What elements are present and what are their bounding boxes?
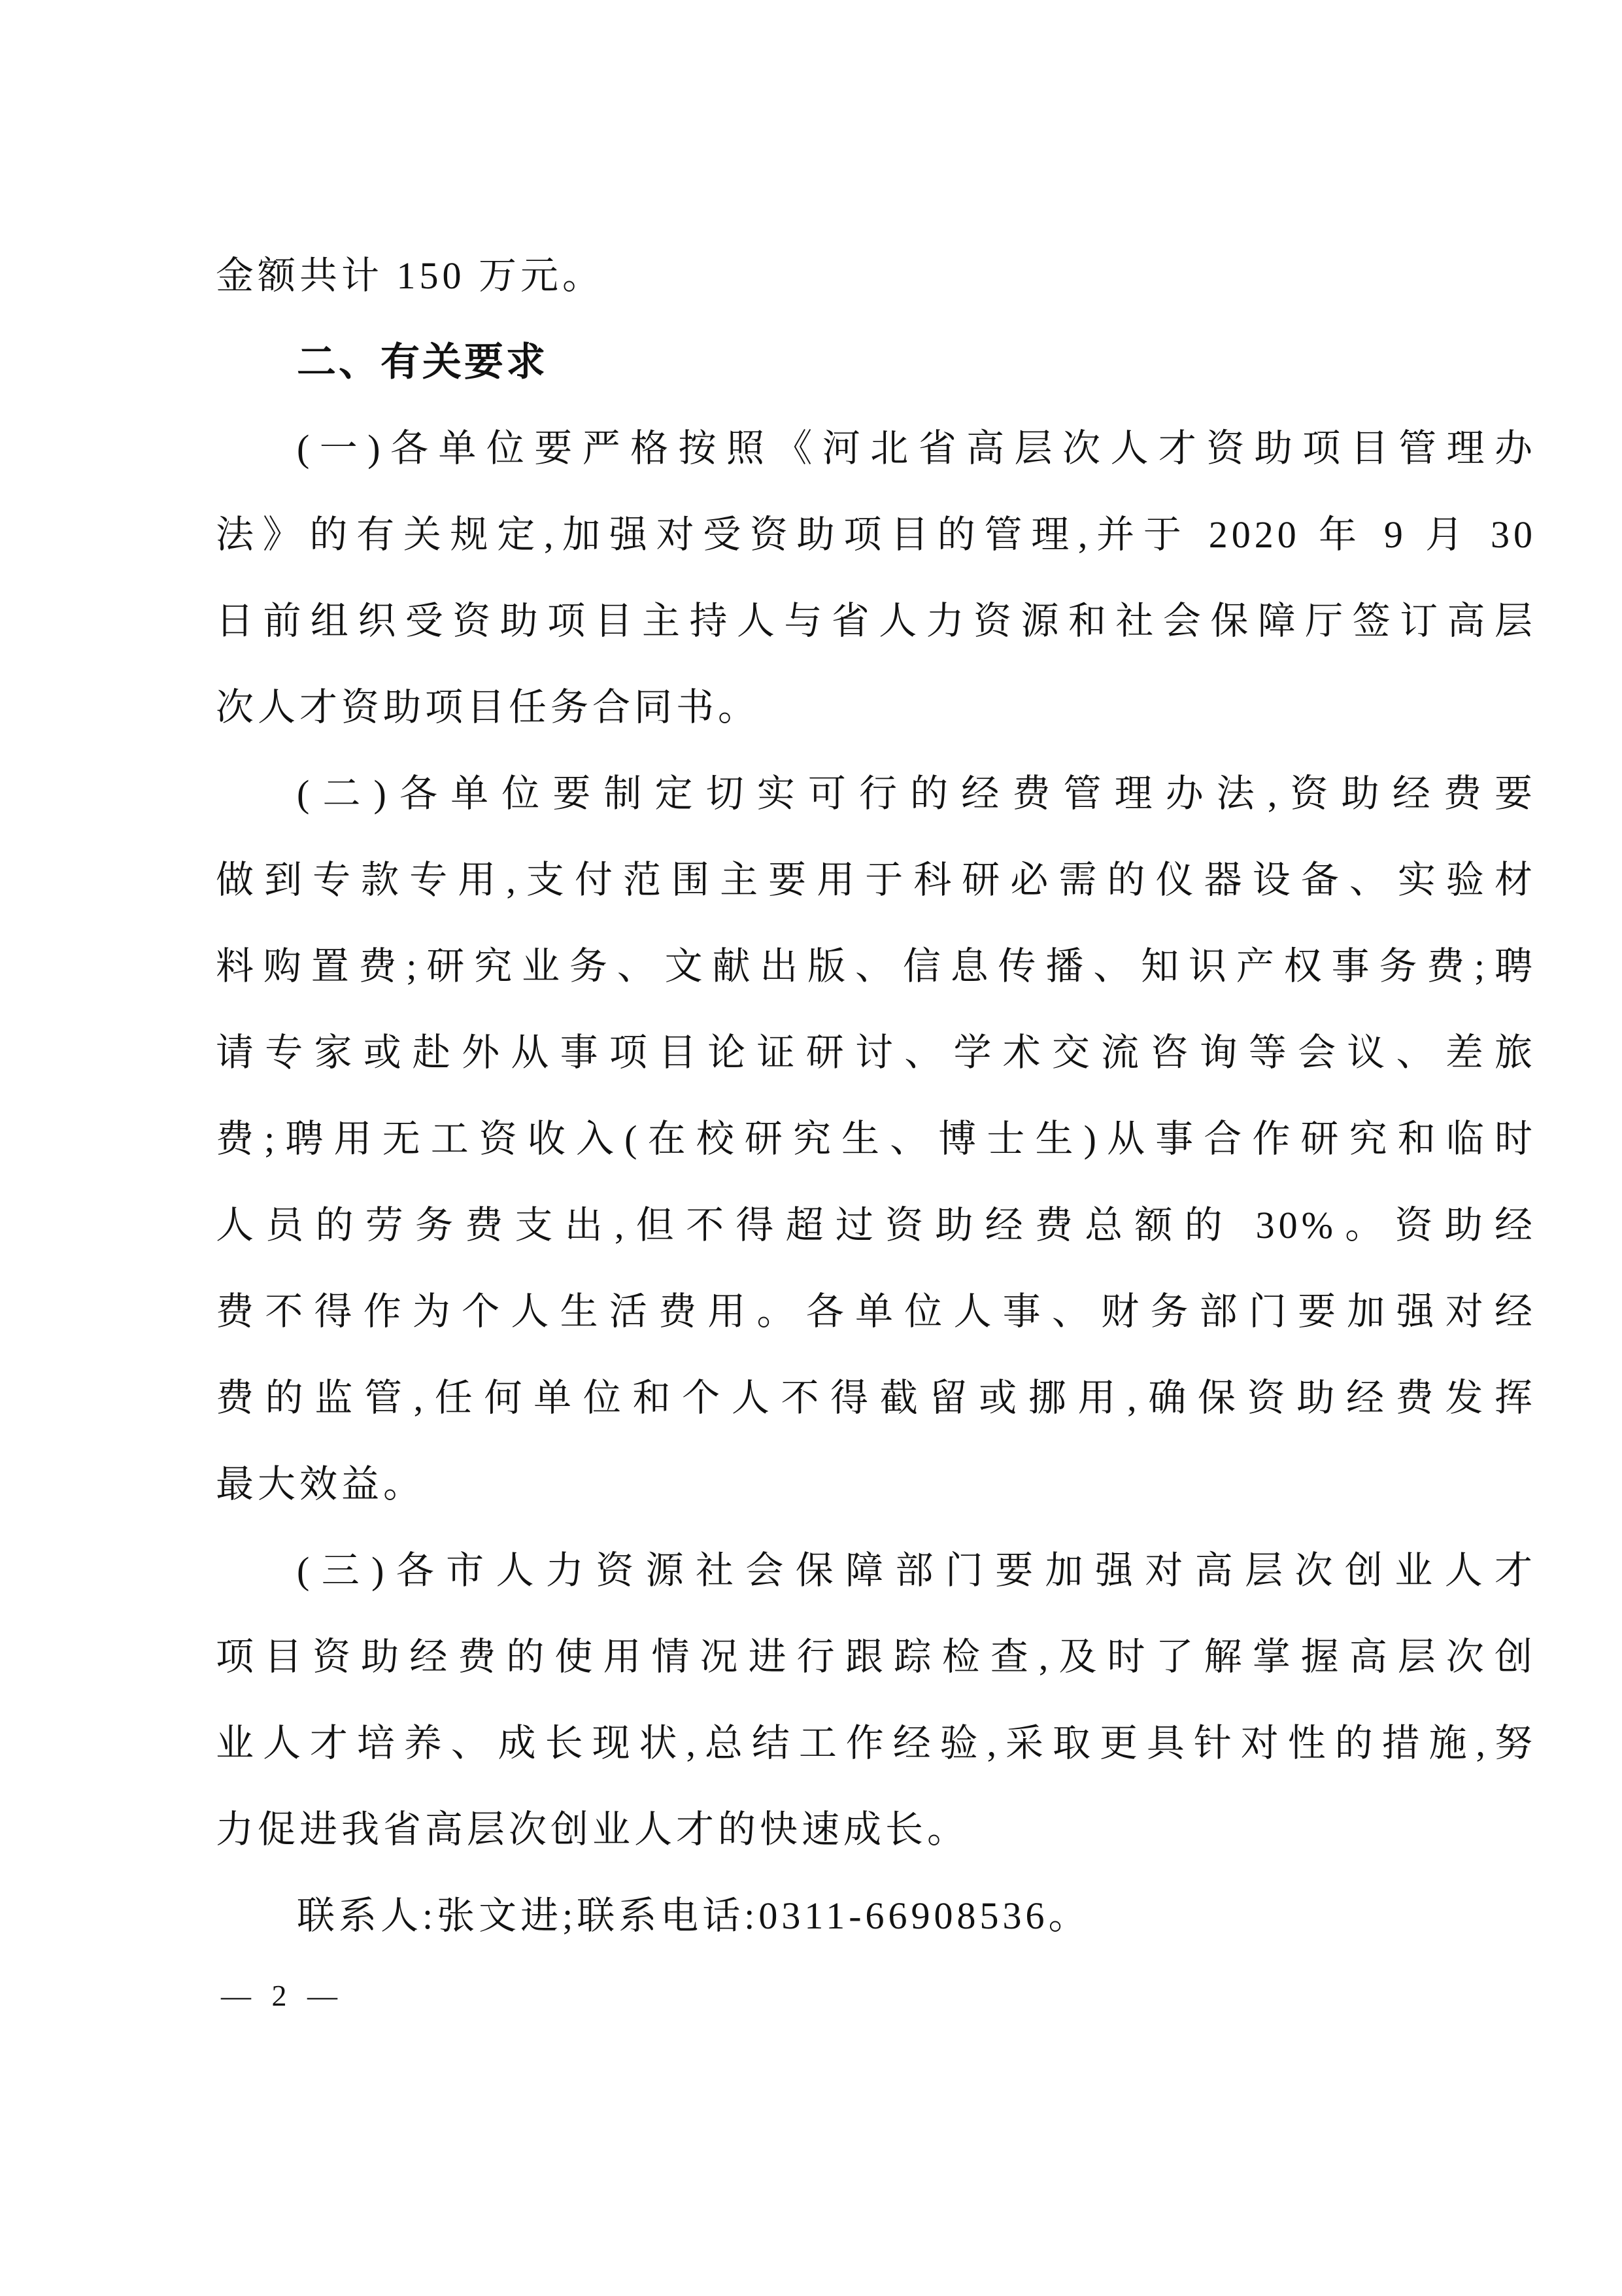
doc-line: 费;聘用无工资收入(在校研究生、博士生)从事合作研究和临时 (216, 1096, 1536, 1182)
doc-line-contact-info: 联系人:张文进;联系电话:0311-66908536。 (216, 1873, 1536, 1959)
doc-line: 最大效益。 (216, 1441, 1536, 1528)
doc-line: 法》的有关规定,加强对受资助项目的管理,并于 2020 年 9 月 30 (216, 492, 1536, 578)
doc-line: 人员的劳务费支出,但不得超过资助经费总额的 30%。资助经 (216, 1182, 1536, 1269)
doc-line: (二)各单位要制定切实可行的经费管理办法,资助经费要 (216, 751, 1536, 837)
page-footer: — 2 — (221, 1970, 344, 2022)
doc-line: 项目资助经费的使用情况进行跟踪检查,及时了解掌握高层次创 (216, 1614, 1536, 1700)
document-page: { "document": { "lines": [ { "text": "金额… (0, 0, 1622, 2296)
doc-line: 费不得作为个人生活费用。各单位人事、财务部门要加强对经 (216, 1269, 1536, 1355)
section-heading-requirements: 二、有关要求 (216, 319, 1536, 405)
doc-line: (一)各单位要严格按照《河北省高层次人才资助项目管理办 (216, 405, 1536, 492)
doc-line: 料购置费;研究业务、文献出版、信息传播、知识产权事务费;聘 (216, 923, 1536, 1010)
doc-line: 日前组织受资助项目主持人与省人力资源和社会保障厅签订高层 (216, 578, 1536, 664)
doc-line: (三)各市人力资源社会保障部门要加强对高层次创业人才 (216, 1528, 1536, 1614)
doc-line: 请专家或赴外从事项目论证研讨、学术交流咨询等会议、差旅 (216, 1010, 1536, 1096)
doc-line: 费的监管,任何单位和个人不得截留或挪用,确保资助经费发挥 (216, 1355, 1536, 1441)
document-body: 金额共计 150 万元。 二、有关要求 (一)各单位要严格按照《河北省高层次人才… (216, 233, 1536, 1959)
page-number: — 2 — (221, 1979, 344, 2012)
doc-line: 做到专款专用,支付范围主要用于科研必需的仪器设备、实验材 (216, 837, 1536, 923)
doc-line: 力促进我省高层次创业人才的快速成长。 (216, 1787, 1536, 1873)
doc-line: 业人才培养、成长现状,总结工作经验,采取更具针对性的措施,努 (216, 1700, 1536, 1787)
doc-line-amount-total: 金额共计 150 万元。 (216, 233, 1536, 319)
doc-line: 次人才资助项目任务合同书。 (216, 664, 1536, 751)
